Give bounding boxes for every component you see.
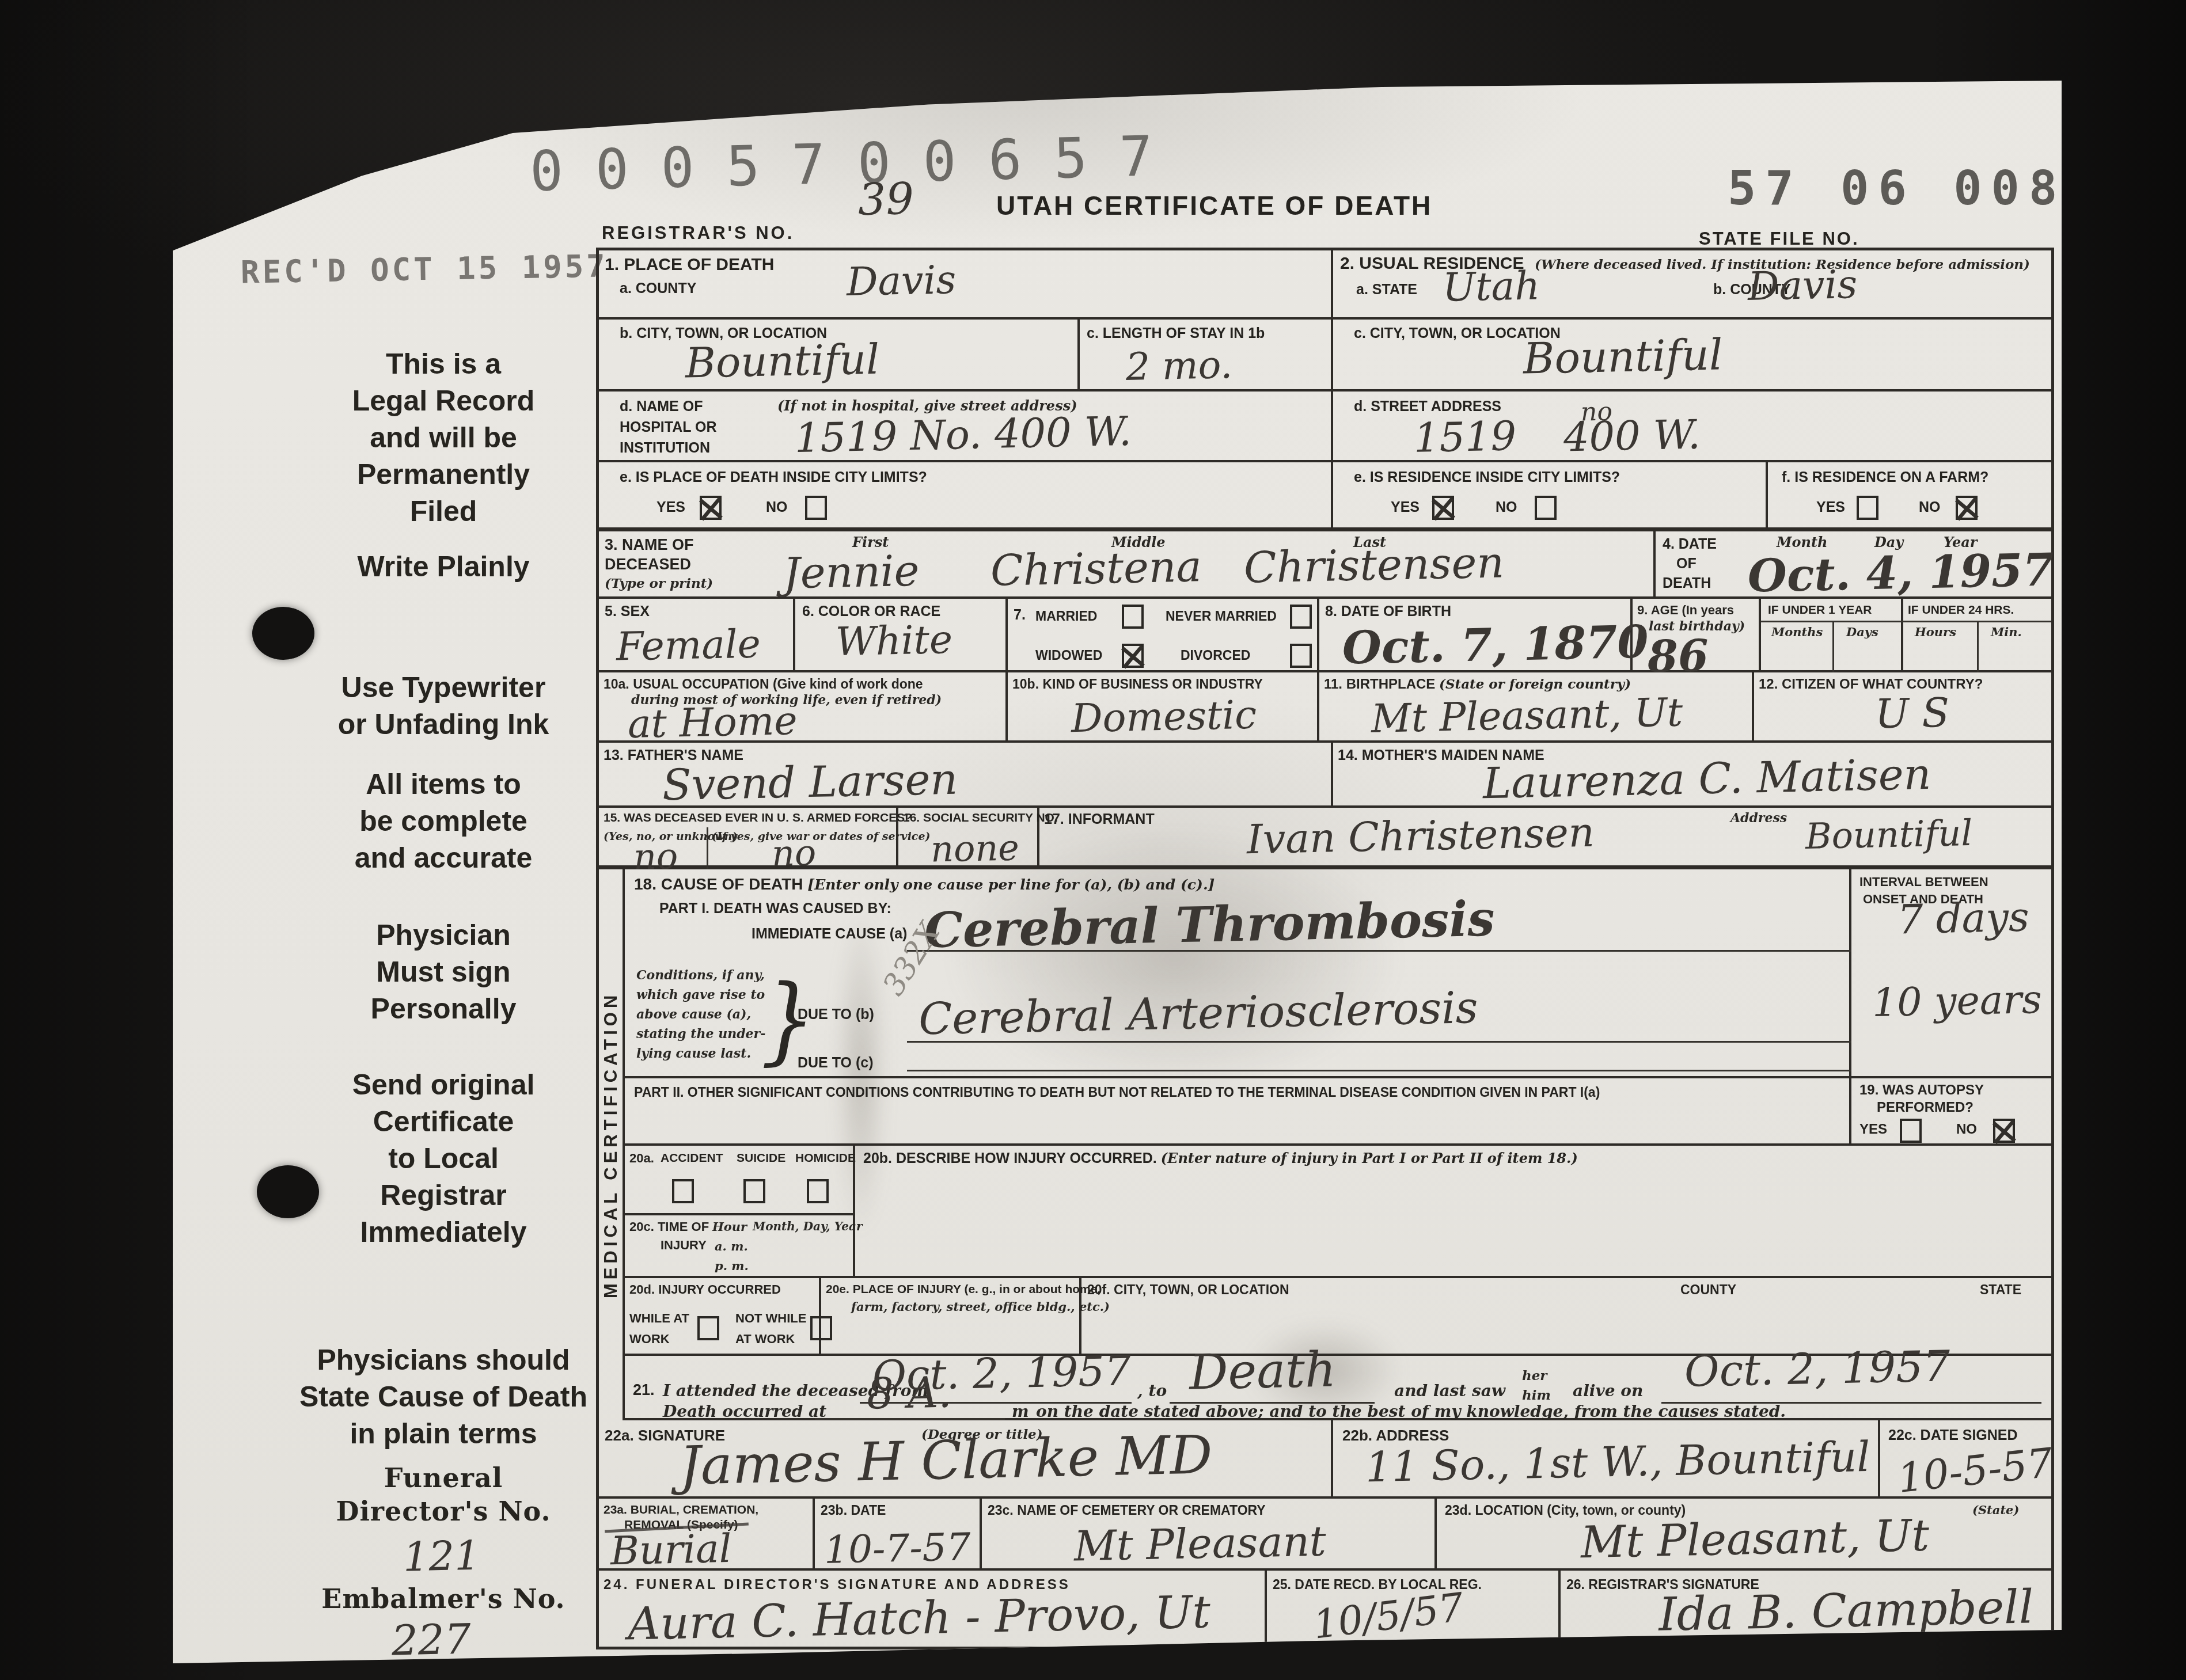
- am-label: a. m.: [715, 1240, 748, 1253]
- describe-injury-text: 20b. DESCRIBE HOW INJURY OCCURRED.: [863, 1150, 1157, 1166]
- immediate-cause-label: IMMEDIATE CAUSE (a): [752, 926, 907, 942]
- race-label: 6. COLOR OR RACE: [802, 603, 940, 619]
- field-22b-address: 22b. ADDRESS 11 So., 1st W., Bountiful: [1333, 1420, 1880, 1499]
- interval-label-1: INTERVAL BETWEEN: [1859, 875, 1988, 890]
- conditions-line: Conditions, if any,: [636, 968, 765, 982]
- state-file-no-value: 57 06 0083: [1728, 161, 2104, 216]
- residence-state-label: a. STATE: [1356, 282, 1417, 298]
- describe-injury-note: (Enter nature of injury in Part I or Par…: [1161, 1150, 1578, 1166]
- part1-label: PART I. DEATH WAS CAUSED BY:: [659, 900, 891, 917]
- armed-forces-value2: no: [771, 835, 817, 872]
- birthplace-label: 11. BIRTHPLACE (State or foreign country…: [1324, 677, 1631, 693]
- business-value: Domestic: [1071, 696, 1257, 739]
- dob-value: Oct. 7, 1870: [1342, 619, 1649, 671]
- margin-note-legal-record: This is a Legal Record and will be Perma…: [259, 345, 628, 530]
- field-if-under-24-hrs: IF UNDER 24 HRS. Hours Min.: [1903, 599, 2051, 672]
- birthplace-value: Mt Pleasant, Ut: [1371, 693, 1683, 739]
- under1yr-label: IF UNDER 1 YEAR: [1768, 603, 1872, 617]
- describe-injury-label: 20b. DESCRIBE HOW INJURY OCCURRED. (Ente…: [863, 1150, 1578, 1166]
- cause-b-value: Cerebral Arteriosclerosis: [918, 986, 1478, 1041]
- margin-note-write-plainly: Write Plainly: [259, 548, 628, 585]
- autopsy-yes-label: YES: [1859, 1122, 1887, 1138]
- field-25-date-recd: 25. DATE RECD. BY LOCAL REG. 10/5/57: [1267, 1571, 1561, 1647]
- place-limits-label: e. IS PLACE OF DEATH INSIDE CITY LIMITS?: [620, 469, 927, 485]
- f21-num: 21.: [633, 1381, 655, 1398]
- sex-value: Female: [616, 625, 761, 667]
- note-line: All items to: [259, 766, 628, 803]
- certificate-title: UTAH CERTIFICATE OF DEATH: [996, 191, 1432, 221]
- note-line: Send original: [259, 1066, 628, 1103]
- citizen-value: U S: [1874, 693, 1950, 735]
- autopsy-no-label: NO: [1956, 1122, 1977, 1138]
- residence-county-value: Davis: [1747, 265, 1858, 307]
- occupation-value: at Home: [627, 702, 798, 744]
- burial-date-value: 10-7-57: [823, 1528, 971, 1569]
- field-marital-status: 7. MARRIED NEVER MARRIED WIDOWED DIVORCE…: [1008, 599, 1319, 672]
- residence-limits-yes-label: YES: [1391, 499, 1420, 515]
- note-line: Physician: [259, 917, 628, 953]
- place-city-value: Bountiful: [685, 338, 879, 383]
- field-interval: INTERVAL BETWEEN ONSET AND DEATH 7 days …: [1851, 869, 2051, 1078]
- under24-label: IF UNDER 24 HRS.: [1908, 603, 2014, 617]
- field-birthplace: 11. BIRTHPLACE (State or foreign country…: [1319, 672, 1754, 743]
- note-line: Use Typewriter: [259, 669, 628, 706]
- injury-occurred-label: 20d. INJURY OCCURRED: [629, 1283, 781, 1297]
- field-color-race: 6. COLOR OR RACE White: [795, 599, 1008, 672]
- note-line: Legal Record: [259, 382, 628, 419]
- stay-label: c. LENGTH OF STAY IN 1b: [1087, 325, 1265, 341]
- funeral-director-value: Aura C. Hatch - Provo, Ut: [627, 1590, 1210, 1647]
- physician-address-value: 11 So., 1st W., Bountiful: [1365, 1436, 1870, 1488]
- injury-state-label: STATE: [1980, 1283, 2021, 1298]
- residence-limits-no-checkbox: [1535, 496, 1557, 520]
- divorced-label: DIVORCED: [1181, 648, 1250, 663]
- state-file-no-label: STATE FILE NO.: [1699, 229, 1859, 249]
- margin-note-complete: All items to be complete and accurate: [259, 766, 628, 876]
- under24-divider-v: [1977, 621, 1979, 672]
- field-23c-cemetery: 23c. NAME OF CEMETERY OR CREMATORY Mt Pl…: [982, 1499, 1437, 1571]
- autopsy-no-checkbox: [1993, 1119, 2015, 1143]
- ssn-value: none: [930, 830, 1019, 867]
- part2-label: PART II. OTHER SIGNIFICANT CONDITIONS CO…: [634, 1085, 1600, 1100]
- ssn-label: 16. SOCIAL SECURITY NO.: [903, 811, 1058, 825]
- burial-state-note: (State): [1972, 1503, 2019, 1516]
- informant-address-label: Address: [1730, 811, 1787, 825]
- her-label: her: [1522, 1369, 1547, 1383]
- autopsy-label-2: PERFORMED?: [1877, 1100, 1974, 1116]
- time-injury-label-2: INJURY: [661, 1238, 707, 1253]
- signature-value: James H Clarke MD: [679, 1428, 1213, 1492]
- field-hospital: d. NAME OF (If not in hospital, give str…: [599, 392, 1333, 462]
- conditions-line: stating the under-: [636, 1027, 765, 1041]
- field-occupation: 10a. USUAL OCCUPATION (Give kind of work…: [599, 672, 1008, 743]
- residence-limits-label: e. IS RESIDENCE INSIDE CITY LIMITS?: [1354, 469, 1620, 485]
- note-line: Director's No.: [248, 1495, 639, 1528]
- attended-text-3: and last saw: [1394, 1382, 1505, 1400]
- note-line: or Unfading Ink: [259, 706, 628, 743]
- first-name-value: Jennie: [783, 550, 920, 595]
- farm-yes-label: YES: [1816, 499, 1845, 515]
- field-20b: 20b. DESCRIBE HOW INJURY OCCURRED. (Ente…: [855, 1146, 2051, 1278]
- name-label-2: DECEASED: [605, 556, 691, 573]
- field-20a: 20a. ACCIDENT SUICIDE HOMICIDE: [625, 1146, 855, 1215]
- birthplace-label-text: 11. BIRTHPLACE: [1324, 676, 1435, 692]
- stay-value: 2 mo.: [1125, 346, 1232, 386]
- while-at-work-checkbox: [697, 1316, 719, 1340]
- dod-month-label: Month: [1777, 535, 1828, 550]
- field-23d-location: 23d. LOCATION (City, town, or county) (S…: [1437, 1499, 2051, 1571]
- date-signed-value: 10-5-57: [1896, 1442, 2055, 1499]
- sex-label: 5. SEX: [605, 603, 650, 619]
- dod-label-2: OF: [1676, 556, 1697, 572]
- interval-b-value: 10 years: [1872, 980, 2042, 1023]
- note-line: Permanently: [259, 456, 628, 493]
- place-limits-yes-checkbox: [700, 496, 722, 520]
- citizen-label: 12. CITIZEN OF WHAT COUNTRY?: [1759, 677, 1983, 693]
- occurred-m: m: [1012, 1403, 1029, 1421]
- certificate-form: 1. PLACE OF DEATH a. COUNTY Davis 2. USU…: [596, 248, 2054, 1649]
- note-line: Personally: [259, 990, 628, 1027]
- field-citizen: 12. CITIZEN OF WHAT COUNTRY? U S: [1754, 672, 2051, 743]
- field-20e: 20e. PLACE OF INJURY (e. g., in or about…: [821, 1278, 1081, 1356]
- farm-yes-checkbox: [1857, 496, 1878, 520]
- registrar-signature-value: Ida B. Campbell: [1658, 1584, 2034, 1638]
- field-usual-residence: 2. USUAL RESIDENCE (Where deceased lived…: [1333, 250, 2051, 320]
- him-label: him: [1522, 1388, 1551, 1402]
- margin-note-typewriter: Use Typewriter or Unfading Ink: [259, 669, 628, 743]
- field-sex: 5. SEX Female: [599, 599, 795, 672]
- cause-title: 18. CAUSE OF DEATH [Enter only one cause…: [634, 875, 1215, 893]
- margin-note-send-original: Send original Certificate to Local Regis…: [259, 1066, 628, 1251]
- embalmer-no-label: Embalmer's No.: [248, 1582, 639, 1616]
- attended-text-2: , to: [1137, 1382, 1167, 1400]
- attended-text-4: alive on: [1573, 1382, 1643, 1400]
- informant-address-value: Bountiful: [1805, 815, 1972, 854]
- certificate-sheet: 0005700657 REC'D OCT 15 1957 REGISTRAR'S…: [173, 81, 2062, 1670]
- field-21-attended: 21. I attended the deceased from Oct. 2,…: [625, 1356, 2051, 1420]
- conditions-line: which gave rise to: [636, 988, 765, 1002]
- farm-label: f. IS RESIDENCE ON A FARM?: [1782, 469, 1988, 485]
- min-label: Min.: [1991, 625, 2022, 638]
- street-address-part1: 1519: [1413, 416, 1517, 458]
- field-street-address: d. STREET ADDRESS 1519 no 400 W.: [1333, 392, 2051, 462]
- birthplace-label-note: (State or foreign country): [1439, 676, 1631, 692]
- hospital-label-2: HOSPITAL OR: [620, 419, 717, 435]
- time-injury-label-1: 20c. TIME OF: [629, 1220, 709, 1234]
- name-label-3: (Type or print): [605, 576, 713, 591]
- place-injury-label-1: 20e. PLACE OF INJURY (e. g., in or about…: [826, 1283, 1100, 1297]
- cause-a-value: Cerebral Thrombosis: [924, 895, 1495, 955]
- hospital-label-3: INSTITUTION: [620, 440, 710, 456]
- field-cause-of-death: 18. CAUSE OF DEATH [Enter only one cause…: [625, 869, 1851, 1078]
- place-limits-no-label: NO: [766, 499, 788, 515]
- note-line: be complete: [259, 803, 628, 839]
- farm-no-label: NO: [1919, 499, 1941, 515]
- business-label: 10b. KIND OF BUSINESS OR INDUSTRY: [1012, 677, 1263, 692]
- residence-limits-yes-checkbox: [1432, 496, 1454, 520]
- farm-no-checkbox: [1956, 496, 1978, 520]
- field-autopsy: 19. WAS AUTOPSY PERFORMED? YES NO: [1851, 1078, 2051, 1146]
- field-place-of-death-county: 1. PLACE OF DEATH a. COUNTY Davis: [599, 250, 1333, 320]
- interval-a-value: 7 days: [1897, 897, 2029, 940]
- note-line: Immediately: [259, 1214, 628, 1251]
- received-date-stamp: REC'D OCT 15 1957: [240, 248, 608, 290]
- due-b-label: DUE TO (b): [798, 1006, 874, 1023]
- dod-label-1: 4. DATE: [1663, 536, 1717, 552]
- field-23a-burial: 23a. BURIAL, CREMATION, REMOVAL (Specify…: [599, 1499, 815, 1571]
- field-residence-city: c. CITY, TOWN, OR LOCATION Bountiful: [1333, 320, 2051, 392]
- occupation-label-1: 10a. USUAL OCCUPATION (Give kind of work…: [604, 677, 923, 692]
- note-line: Funeral: [248, 1461, 639, 1495]
- suicide-checkbox: [743, 1179, 765, 1203]
- field-if-under-1-year: IF UNDER 1 YEAR Months Days: [1761, 599, 1903, 672]
- field-business-industry: 10b. KIND OF BUSINESS OR INDUSTRY Domest…: [1008, 672, 1319, 743]
- attended-to-value: Death: [1189, 1345, 1337, 1396]
- injury-city-label: 20f. CITY, TOWN, OR LOCATION: [1087, 1283, 1289, 1298]
- mother-value: Laurenza C. Matisen: [1482, 753, 1931, 805]
- embalmer-no-value: 227: [391, 1618, 471, 1662]
- street-address-part2: 400 W.: [1563, 415, 1701, 458]
- note-line: This is a: [259, 345, 628, 382]
- medical-certification-strip: MEDICAL CERTIFICATION: [599, 869, 625, 1420]
- field-23b-date: 23b. DATE 10-7-57: [815, 1499, 982, 1571]
- field-24-funeral-director: 24. FUNERAL DIRECTOR'S SIGNATURE AND ADD…: [599, 1571, 1267, 1647]
- note-line: Filed: [259, 493, 628, 530]
- street-address-label: d. STREET ADDRESS: [1354, 398, 1501, 415]
- name-label-1: 3. NAME OF: [605, 536, 694, 553]
- divorced-checkbox: [1290, 644, 1312, 668]
- work-label: WORK: [629, 1332, 670, 1347]
- months-label: Months: [1771, 625, 1823, 638]
- married-checkbox: [1122, 605, 1144, 629]
- burial-label-1: 23a. BURIAL, CREMATION,: [604, 1503, 758, 1517]
- funeral-director-no-label: Funeral Director's No.: [248, 1461, 639, 1528]
- autopsy-yes-checkbox: [1900, 1119, 1922, 1143]
- married-label: MARRIED: [1035, 609, 1097, 624]
- at-work-label: AT WORK: [735, 1332, 795, 1347]
- field-22c-date-signed: 22c. DATE SIGNED 10-5-57: [1880, 1420, 2051, 1499]
- place-limits-no-checkbox: [805, 496, 827, 520]
- note-line: Must sign: [259, 953, 628, 990]
- injury-county-label: COUNTY: [1680, 1283, 1736, 1298]
- field-place-city: b. CITY, TOWN, OR LOCATION Bountiful: [599, 320, 1080, 392]
- conditions-line: above cause (a),: [636, 1008, 751, 1021]
- f20a-num: 20a.: [629, 1151, 654, 1166]
- armed-forces-label: 15. WAS DECEASED EVER IN U. S. ARMED FOR…: [604, 811, 912, 825]
- punch-hole-bottom: [257, 1165, 319, 1218]
- field-place-city-limits: e. IS PLACE OF DEATH INSIDE CITY LIMITS?…: [599, 462, 1333, 531]
- marital-num: 7.: [1014, 607, 1026, 623]
- days-label: Days: [1846, 625, 1878, 638]
- race-value: White: [835, 621, 952, 662]
- punch-hole-top: [252, 607, 314, 660]
- field-informant: 17. INFORMANT Address Ivan Christensen B…: [1039, 808, 2051, 869]
- county-value: Davis: [846, 261, 957, 302]
- age-label-1: 9. AGE (In years: [1637, 603, 1734, 618]
- widowed-checkbox: [1122, 644, 1144, 668]
- burial-date-label: 23b. DATE: [821, 1503, 886, 1518]
- never-married-checkbox: [1290, 605, 1312, 629]
- field-part2: PART II. OTHER SIGNIFICANT CONDITIONS CO…: [625, 1078, 1851, 1146]
- accident-label: ACCIDENT: [661, 1151, 723, 1165]
- armed-forces-sub2: (If yes, give war or dates of service): [712, 831, 931, 843]
- burial-location-value: Mt Pleasant, Ut: [1580, 1514, 1929, 1565]
- occurred-line: [815, 1418, 1005, 1420]
- field-22a-signature: 22a. SIGNATURE (Degree or title) James H…: [599, 1420, 1333, 1499]
- note-line: Certificate: [259, 1103, 628, 1140]
- cemetery-value: Mt Pleasant: [1073, 1520, 1326, 1567]
- field-mother-name: 14. MOTHER'S MAIDEN NAME Laurenza C. Mat…: [1333, 743, 2051, 808]
- hospital-label-1: d. NAME OF: [620, 398, 703, 415]
- field-name-of-deceased: 3. NAME OF DECEASED (Type or print) Firs…: [599, 531, 1656, 599]
- middle-name-value: Christena: [990, 545, 1202, 592]
- dob-label: 8. DATE OF BIRTH: [1325, 603, 1451, 619]
- note-line: and will be: [259, 419, 628, 456]
- field-ssn: 16. SOCIAL SECURITY NO. none: [898, 808, 1039, 869]
- last-saw-value: Oct. 2, 1957: [1684, 1345, 1950, 1393]
- field-length-of-stay: c. LENGTH OF STAY IN 1b 2 mo.: [1080, 320, 1333, 392]
- hospital-value: 1519 No. 400 W.: [794, 411, 1132, 458]
- registrar-no-label: REGISTRAR'S NO.: [602, 223, 794, 244]
- homicide-checkbox: [807, 1179, 829, 1203]
- cause-c-line: [907, 1070, 1851, 1071]
- field-20d: 20d. INJURY OCCURRED WHILE AT WORK NOT W…: [625, 1278, 821, 1356]
- hours-label: Hours: [1915, 625, 1956, 638]
- cemetery-label: 23c. NAME OF CEMETERY OR CREMATORY: [988, 1503, 1266, 1518]
- last-name-value: Christensen: [1243, 541, 1504, 589]
- mdy-label: Month, Day, Year: [753, 1220, 862, 1233]
- father-value: Svend Larsen: [662, 758, 958, 807]
- informant-value: Ivan Christensen: [1246, 812, 1595, 860]
- autopsy-label-1: 19. WAS AUTOPSY: [1859, 1083, 1984, 1099]
- while-at-label: WHILE AT: [629, 1312, 689, 1326]
- cause-title-text: 18. CAUSE OF DEATH: [634, 875, 803, 893]
- registrar-no-value: 39: [857, 177, 914, 222]
- occurred-at-value: 8 A.: [866, 1371, 952, 1415]
- funeral-director-no-value: 121: [403, 1535, 480, 1578]
- field-residence-city-limits: e. IS RESIDENCE INSIDE CITY LIMITS? YES …: [1333, 462, 1768, 531]
- never-married-label: NEVER MARRIED: [1166, 609, 1277, 624]
- due-c-label: DUE TO (c): [798, 1055, 874, 1071]
- dod-label-3: DEATH: [1663, 575, 1711, 591]
- margin-note-physician: Physician Must sign Personally: [259, 917, 628, 1027]
- occurred-text: Death occurred at: [663, 1403, 826, 1421]
- section1-title: 1. PLACE OF DEATH: [605, 255, 774, 275]
- field-20c: 20c. TIME OF INJURY Hour Month, Day, Yea…: [625, 1215, 855, 1278]
- medical-certification-label: MEDICAL CERTIFICATION: [599, 869, 623, 1420]
- not-while-label: NOT WHILE: [735, 1312, 806, 1326]
- field-armed-forces: 15. WAS DECEASED EVER IN U. S. ARMED FOR…: [599, 808, 898, 869]
- date-signed-label: 22c. DATE SIGNED: [1888, 1427, 2018, 1443]
- field-date-of-death: 4. DATE OF DEATH Month Day Year Oct. 4, …: [1656, 531, 2051, 599]
- dod-value: Oct. 4, 1957: [1747, 548, 2054, 599]
- cause-title-note: [Enter only one cause per line for (a), …: [807, 876, 1215, 893]
- date-recd-value: 10/5/57: [1311, 1588, 1466, 1645]
- conditions-line: lying cause last.: [636, 1047, 751, 1061]
- under1yr-divider-v: [1832, 621, 1834, 672]
- field-age: 9. AGE (In years last birthday) 86: [1633, 599, 1761, 672]
- pm-label: p. m.: [715, 1259, 749, 1272]
- residence-limits-no-label: NO: [1496, 499, 1517, 515]
- place-limits-yes-label: YES: [656, 499, 685, 515]
- residence-city-value: Bountiful: [1523, 333, 1723, 380]
- note-line: to Local: [259, 1140, 628, 1177]
- hour-label: Hour: [712, 1220, 747, 1233]
- field-date-of-birth: 8. DATE OF BIRTH Oct. 7, 1870: [1319, 599, 1633, 672]
- residence-state-value: Utah: [1442, 267, 1540, 308]
- accident-checkbox: [672, 1179, 694, 1203]
- field-residence-farm: f. IS RESIDENCE ON A FARM? YES NO: [1768, 462, 2051, 531]
- homicide-label: HOMICIDE: [795, 1151, 856, 1165]
- occurred-text-2: on the date stated above; and to the bes…: [1036, 1403, 1786, 1421]
- county-label: a. COUNTY: [620, 280, 696, 297]
- place-injury-label-2: farm, factory, street, office bldg., etc…: [851, 1300, 1110, 1313]
- note-line: and accurate: [259, 839, 628, 876]
- suicide-label: SUICIDE: [737, 1151, 785, 1165]
- burial-value: Burial: [610, 1530, 732, 1571]
- informant-label: 17. INFORMANT: [1044, 811, 1155, 827]
- widowed-label: WIDOWED: [1035, 648, 1102, 663]
- field-father-name: 13. FATHER'S NAME Svend Larsen: [599, 743, 1333, 808]
